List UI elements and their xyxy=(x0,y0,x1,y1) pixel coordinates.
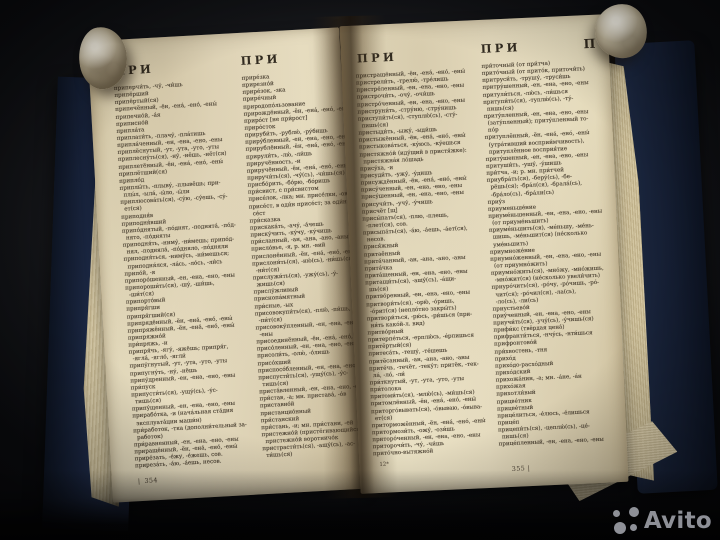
running-head-col3: ПРИ xyxy=(357,50,398,66)
left-page: ПРИ ПРИ приперчи́ть, -чу́, -чи́шьприпёрш… xyxy=(87,27,364,502)
running-head-letter: П xyxy=(583,36,596,52)
page-number: 354 xyxy=(144,476,158,485)
running-head-col2: ПРИ xyxy=(240,52,281,68)
dictionary-column-1: приперчи́ть, -чу́, -чи́шьприпёршийприпёр… xyxy=(114,79,263,471)
avito-wordmark: Avito xyxy=(644,508,712,534)
dictionary-column-4: при́точный (от при́тча)прито́чный (от пр… xyxy=(481,58,624,449)
page-number: 355 xyxy=(512,464,526,473)
running-head-col4: ПРИ xyxy=(480,40,521,56)
page-number-left: |354 xyxy=(138,476,158,485)
footer-tick: | xyxy=(527,464,530,472)
avito-watermark: Avito xyxy=(612,507,712,534)
page-number-right: 355 | xyxy=(512,464,531,473)
footer-tick: | xyxy=(138,477,141,485)
dictionary-column-3: пристращённый, -ён, -ена́, -ено́, -ены́п… xyxy=(356,68,495,459)
avito-logo-icon xyxy=(612,507,639,534)
signature-mark: 12* xyxy=(379,462,389,468)
photo-scene: ПРИ ПРИ приперчи́ть, -чу́, -чи́шьприпёрш… xyxy=(0,0,720,540)
right-page: ПРИ ПРИ П пристращённый, -ён, -ена́, -ен… xyxy=(340,14,629,494)
